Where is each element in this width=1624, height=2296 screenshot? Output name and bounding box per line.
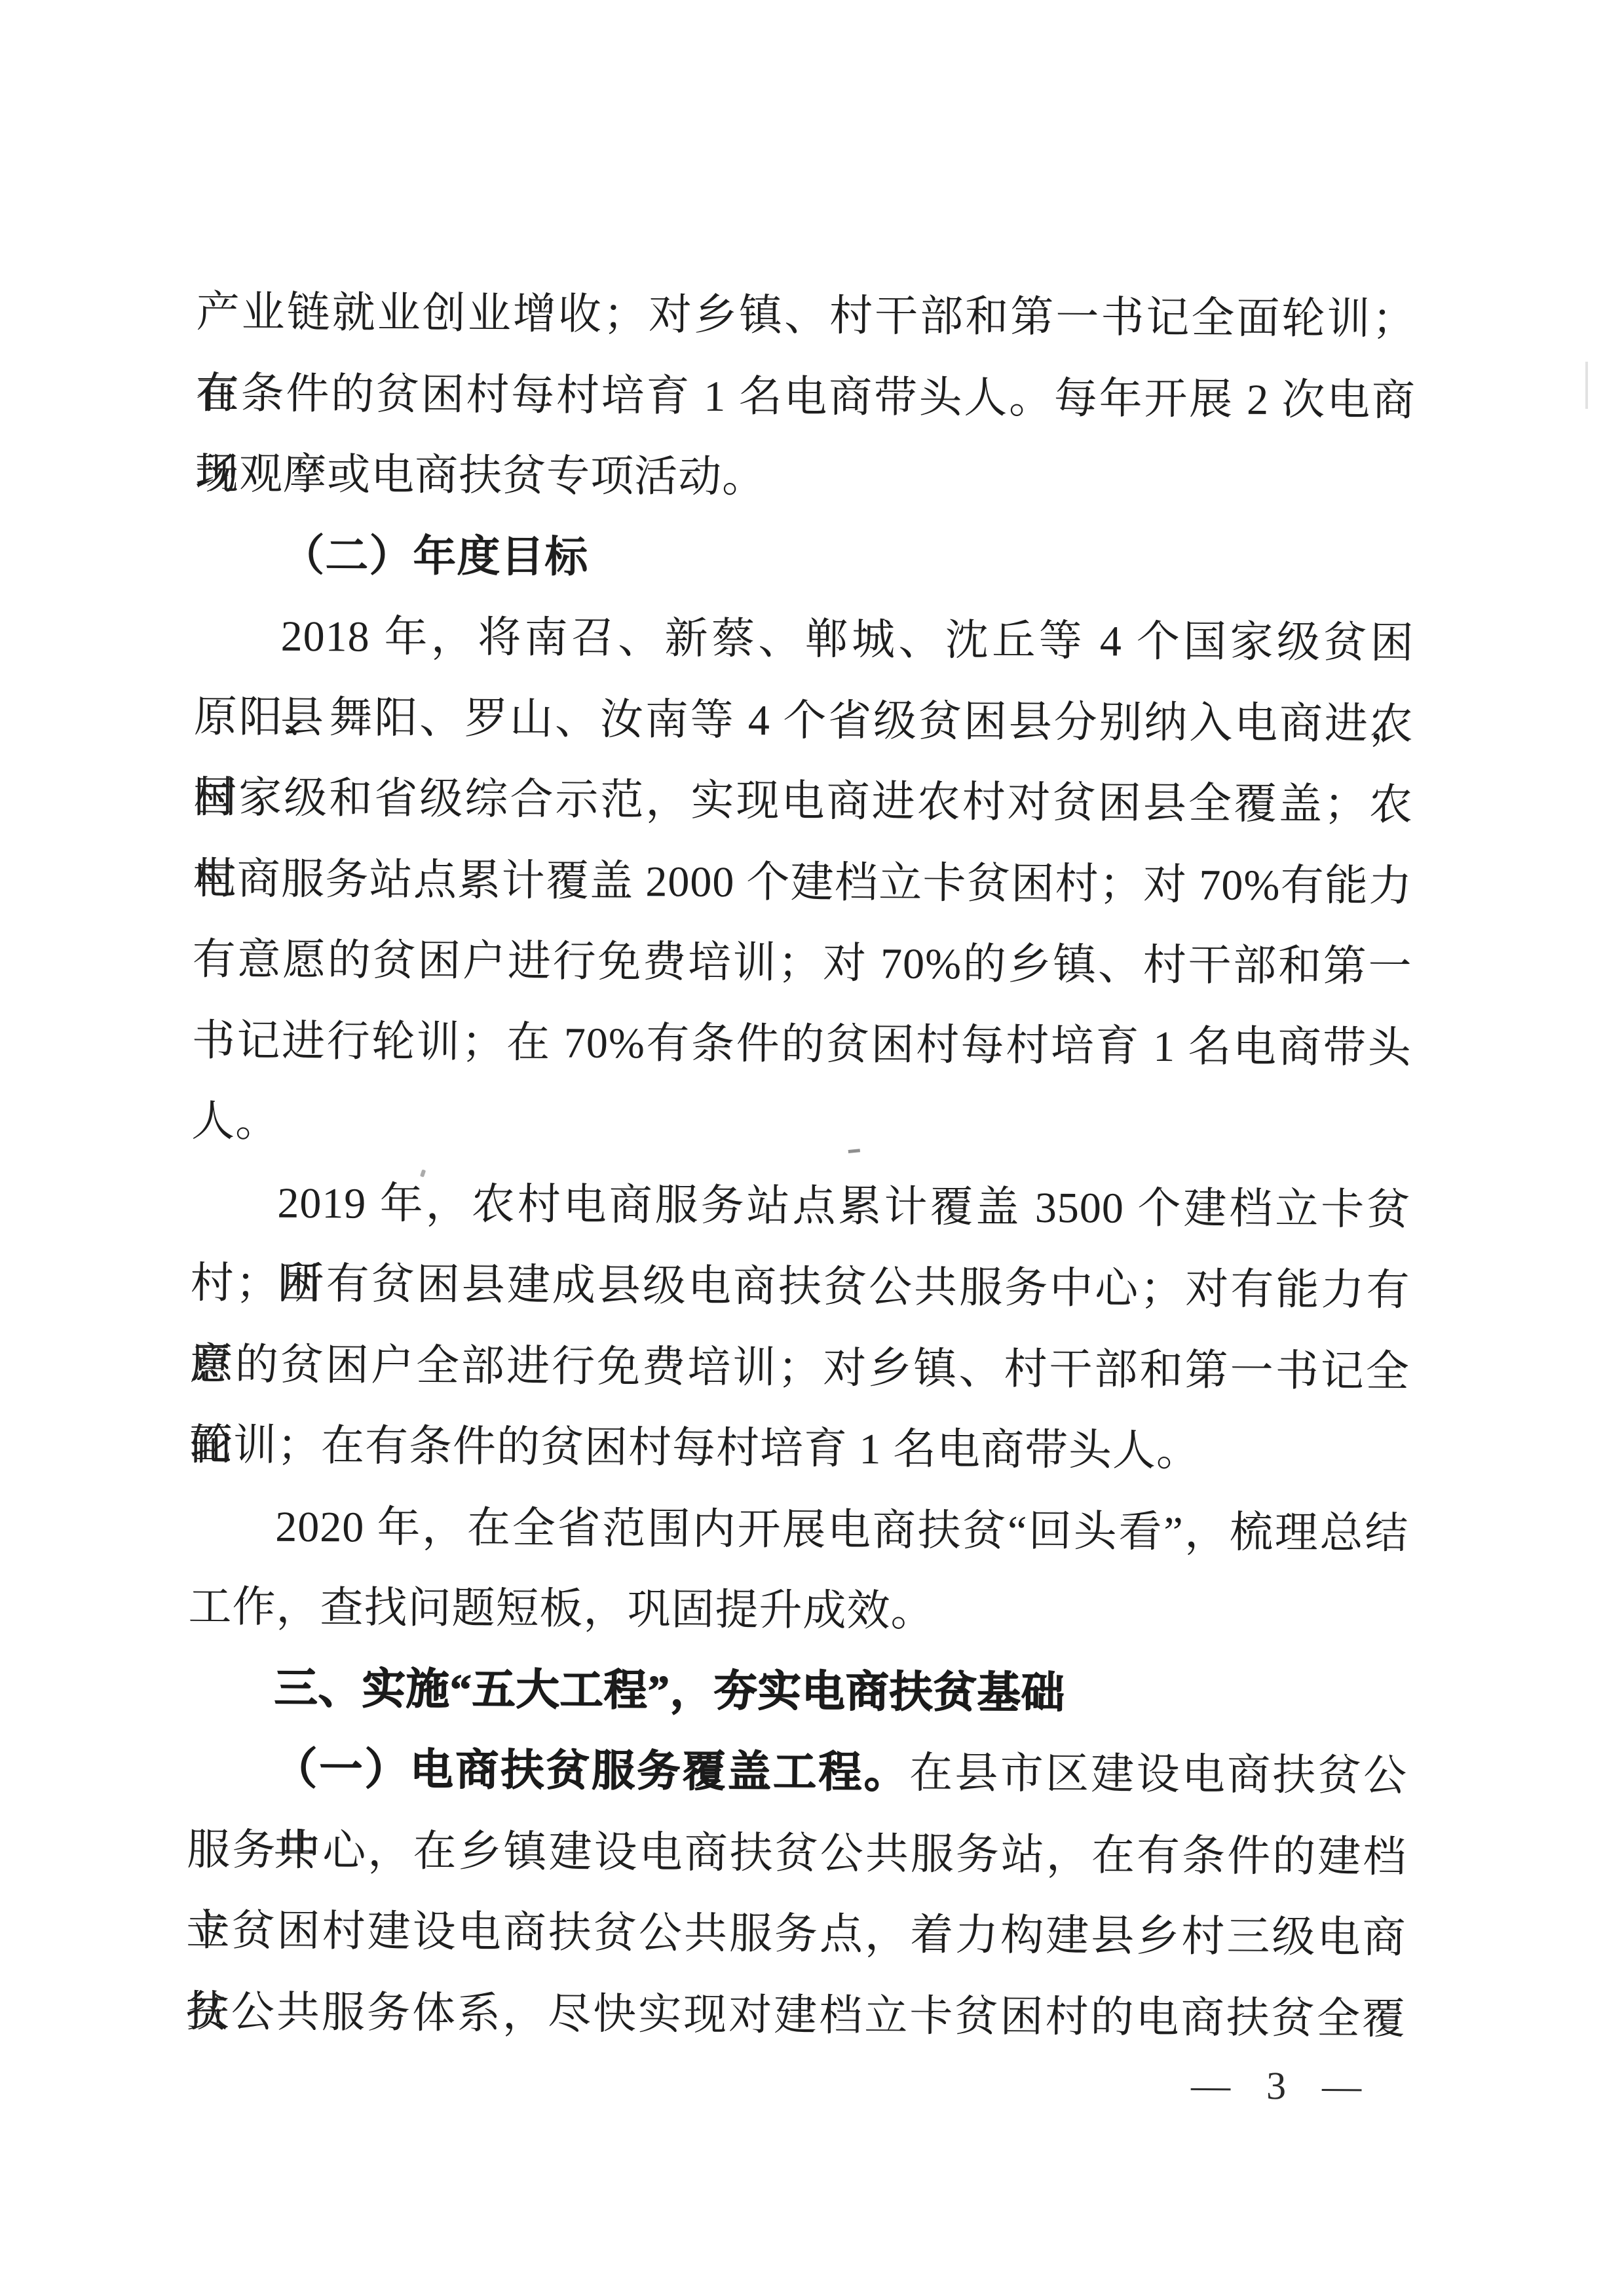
text-line: 工作，查找问题短板，巩固提升成效。	[188, 1567, 1408, 1655]
heading-five-projects: 三、实施“五大工程”，夯实电商扶贫基础	[187, 1647, 1408, 1736]
paragraph-continuation: 产业链就业创业增收；对乡镇、村干部和第一书记全面轮训；在 有条件的贫困村每村培育…	[195, 272, 1416, 522]
text-line: 村；所有贫困县建成县级电商扶贫公共服务中心；对有能力有意	[190, 1243, 1410, 1331]
text-line: 原阳、舞阳、罗山、汝南等 4 个省级贫困县分别纳入电商进农村	[193, 676, 1414, 765]
paragraph-2019: 2019 年，农村电商服务站点累计覆盖 3500 个建档立卡贫困 村；所有贫困县…	[189, 1162, 1411, 1493]
scan-artifact	[1585, 362, 1588, 409]
section-heading: 三、实施“五大工程”，夯实电商扶贫基础	[187, 1647, 1408, 1736]
text-line: 人。	[191, 1081, 1412, 1170]
text-line: 有条件的贫困村每村培育 1 名电商带头人。每年开展 2 次电商现	[195, 353, 1416, 441]
run-item-heading: （一）电商扶贫服务覆盖工程。	[274, 1746, 910, 1797]
heading-annual-goals: （二）年度目标	[195, 514, 1415, 603]
paragraph-2018: 2018 年，将南召、新蔡、郸城、沈丘等 4 个国家级贫困县， 原阳、舞阳、罗山…	[191, 596, 1414, 1170]
text-line: 场观摩或电商扶贫专项活动。	[195, 434, 1416, 522]
text-line: 贫公共服务体系，尽快实现对建档立卡贫困村的电商扶贫全覆	[185, 1971, 1406, 2059]
text-line: 2020 年，在全省范围内开展电商扶贫“回头看”，梳理总结	[189, 1485, 1409, 1574]
text-line: （一）电商扶贫服务覆盖工程。在县市区建设电商扶贫公共	[187, 1729, 1408, 1817]
page-number: — 3 —	[1191, 2065, 1370, 2106]
scanned-document-page: 产业链就业创业增收；对乡镇、村干部和第一书记全面轮训；在 有条件的贫困村每村培育…	[0, 0, 1624, 2296]
paragraph-service-coverage: （一）电商扶贫服务覆盖工程。在县市区建设电商扶贫公共 服务中心，在乡镇建设电商扶…	[185, 1729, 1407, 2059]
text-line: 卡贫困村建设电商扶贫公共服务点，着力构建县乡村三级电商扶	[186, 1890, 1407, 1979]
text-line: 电商服务站点累计覆盖 2000 个建档立卡贫困村；对 70%有能力	[193, 838, 1413, 927]
text-line: 轮训；在有条件的贫困村每村培育 1 名电商带头人。	[189, 1405, 1410, 1493]
text-line: 愿的贫困户全部进行免费培训；对乡镇、村干部和第一书记全面	[189, 1324, 1410, 1412]
text-line: 服务中心，在乡镇建设电商扶贫公共服务站，在有条件的建档立	[187, 1809, 1407, 1898]
paragraph-2020: 2020 年，在全省范围内开展电商扶贫“回头看”，梳理总结 工作，查找问题短板，…	[188, 1485, 1408, 1655]
text-line: 书记进行轮训；在 70%有条件的贫困村每村培育 1 名电商带头	[191, 1000, 1412, 1088]
text-line: 产业链就业创业增收；对乡镇、村干部和第一书记全面轮训；在	[196, 272, 1416, 360]
text-line: 2018 年，将南召、新蔡、郸城、沈丘等 4 个国家级贫困县，	[194, 596, 1414, 684]
text-line: 2019 年，农村电商服务站点累计覆盖 3500 个建档立卡贫困	[191, 1162, 1411, 1250]
text-line: 国家级和省级综合示范，实现电商进农村对贫困县全覆盖；农村	[193, 757, 1414, 846]
page-text-content: 产业链就业创业增收；对乡镇、村干部和第一书记全面轮训；在 有条件的贫困村每村培育…	[185, 272, 1416, 2059]
subsection-heading: （二）年度目标	[195, 514, 1415, 603]
text-line: 有意愿的贫困户进行免费培训；对 70%的乡镇、村干部和第一	[192, 919, 1412, 1008]
